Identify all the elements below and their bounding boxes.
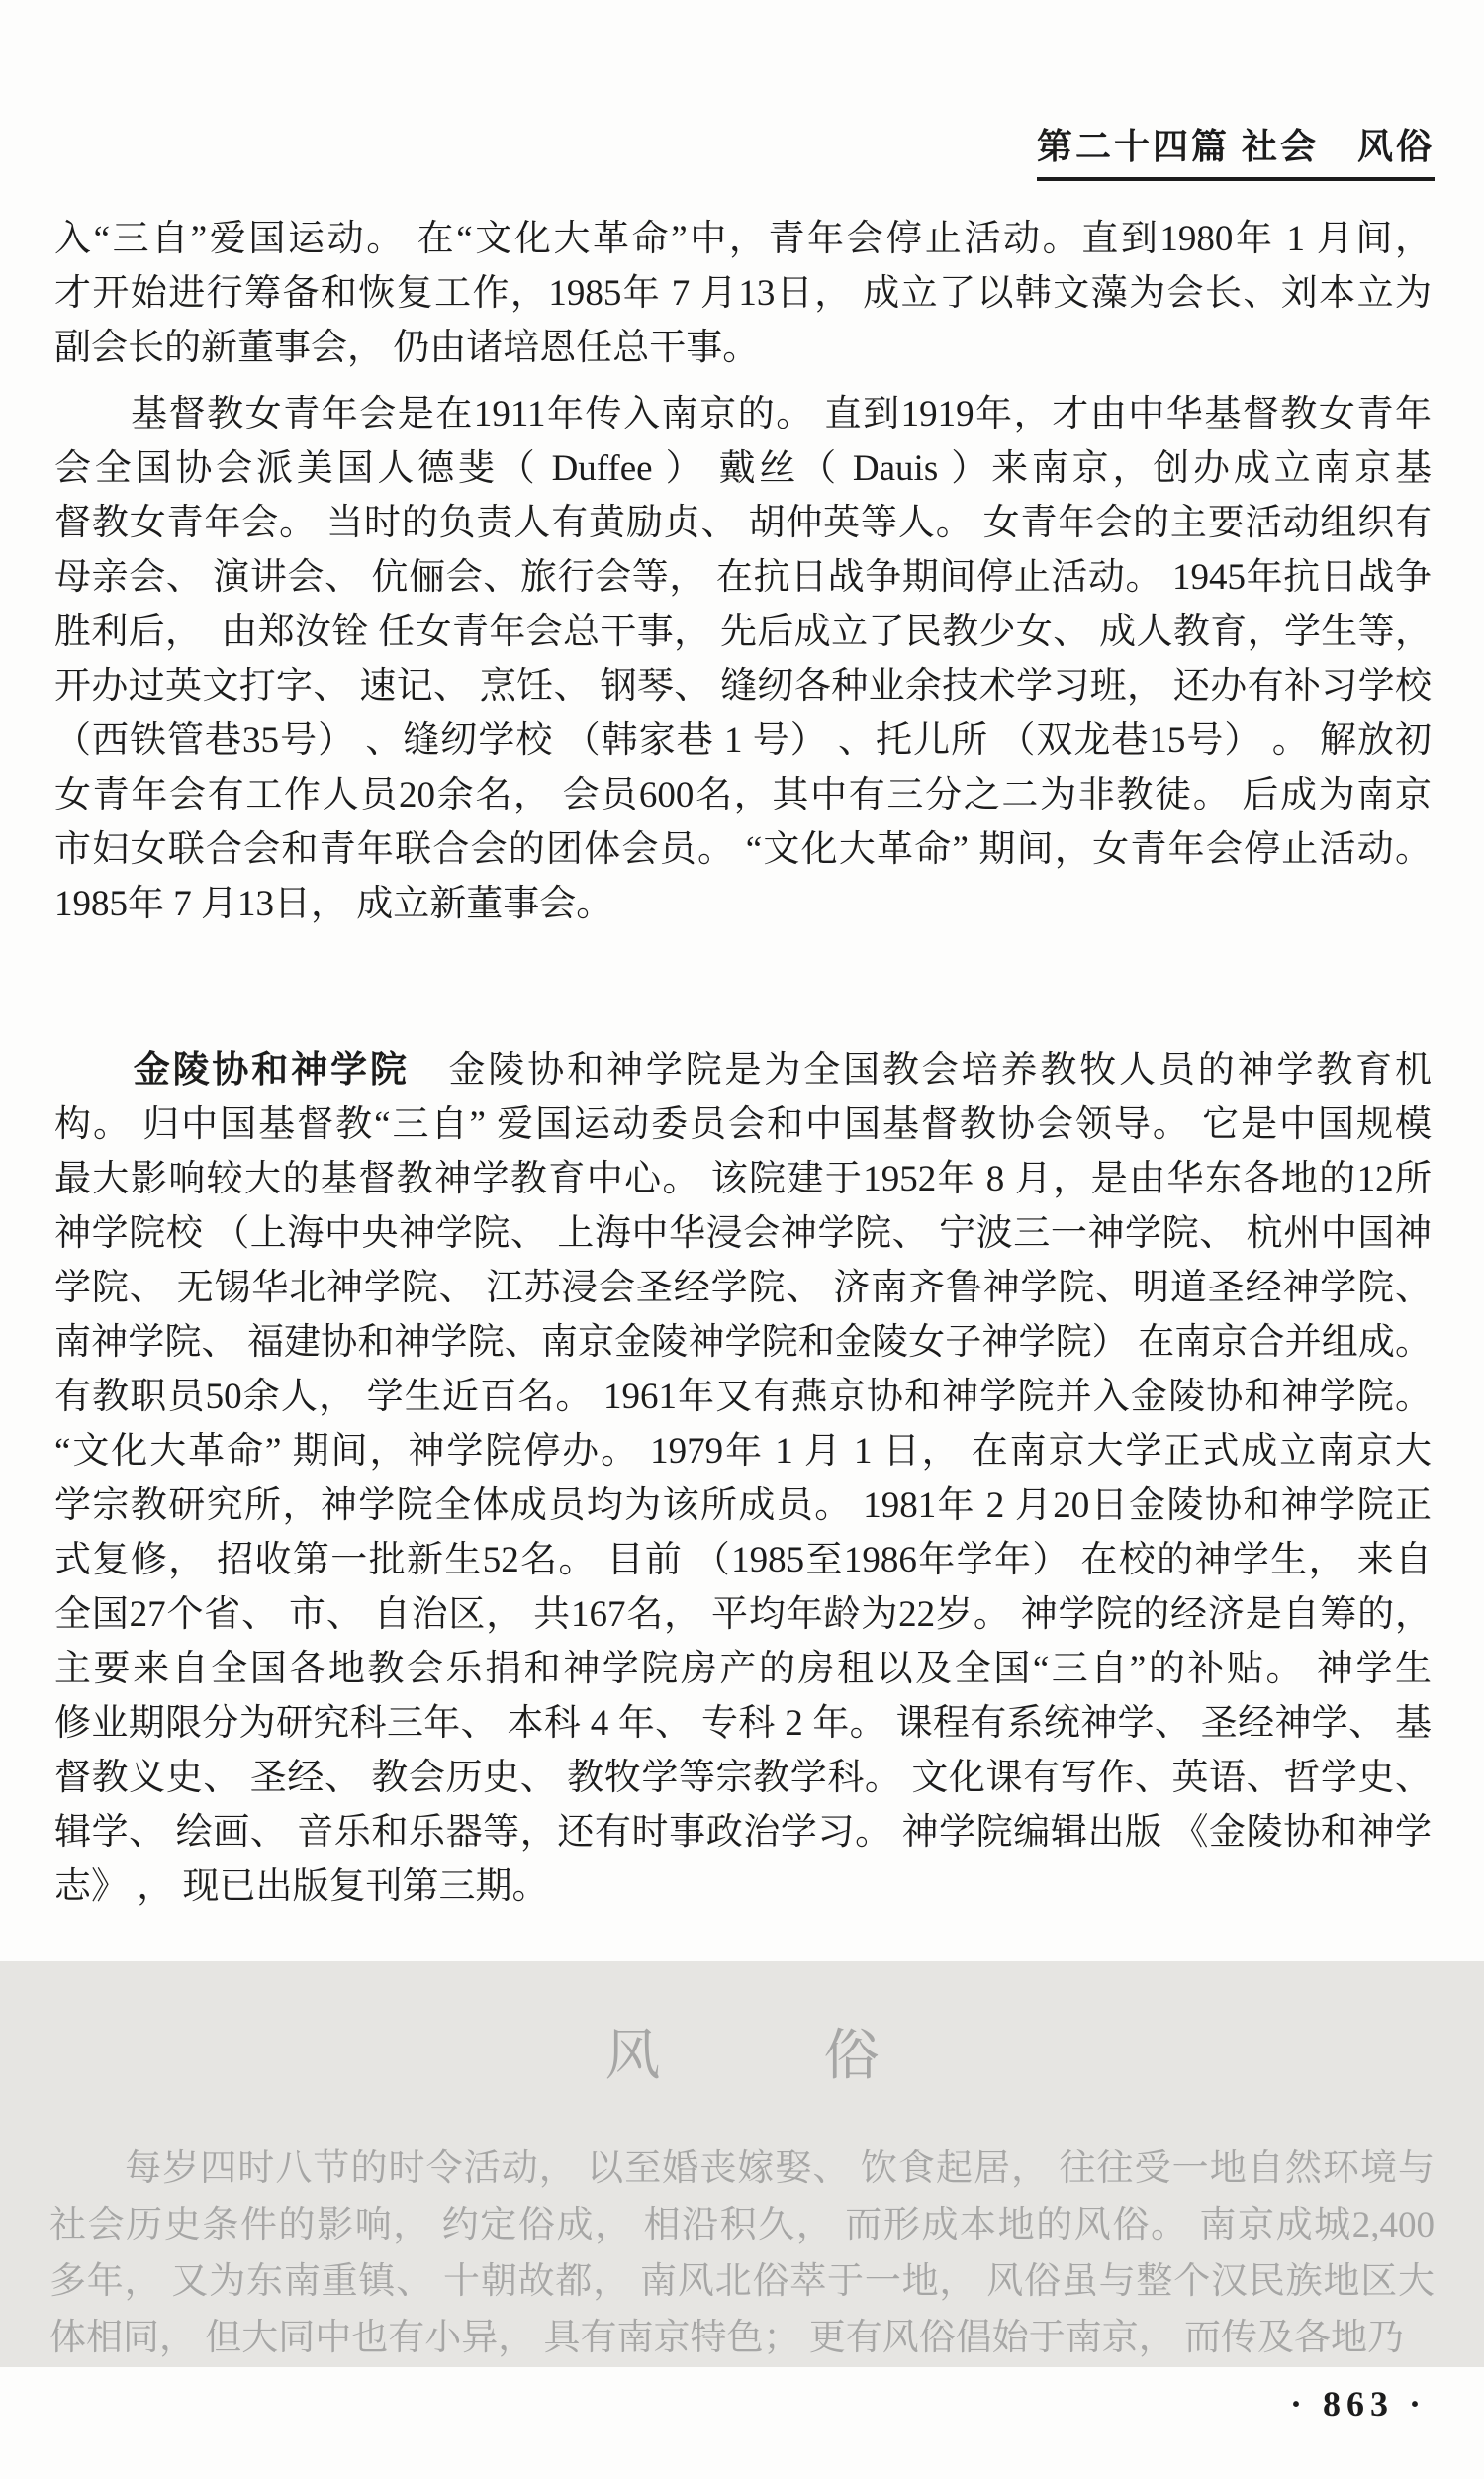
text-line: 体相同， 但大同中也有小异， 具有南京特色； 更有风俗倡始于南京， 而传及各地乃 [49, 2310, 1435, 2366]
text-line: 会全国协会派美国人德斐（ Duffee ） 戴丝（ Dauis ）来南京，创办成… [54, 441, 1432, 496]
customs-intro-paragraph: 每岁四时八节的时令活动， 以至婚丧嫁娶、 饮食起居， 往往受一地自然环境与社会历… [49, 2141, 1435, 2366]
text-line: 多年， 又为东南重镇、 十朝故都， 南风北俗萃于一地， 风俗虽与整个汉民族地区大 [49, 2253, 1435, 2310]
text-line: 修业期限分为研究科三年、 本科 4 年、 专科 2 年。 课程有系统神学、 圣经… [54, 1696, 1432, 1751]
text-line: 母亲会、 演讲会、 伉俪会、旅行会等， 在抗日战争期间停止活动。 1945年抗日… [54, 550, 1432, 605]
chapter-header: 第二十四篇 社会 风俗 [1037, 119, 1435, 181]
text-line: 南神学院、 福建协和神学院、南京金陵神学院和金陵女子神学院） 在南京合并组成。 [54, 1315, 1432, 1370]
text-line: 神学院校 （上海中央神学院、 上海中华浸会神学院、 宁波三一神学院、 杭州中国神 [54, 1206, 1432, 1261]
customs-section-title: 风俗 [0, 2025, 1484, 2088]
text-line: 有教职员50余人， 学生近百名。 1961年又有燕京协和神学院并入金陵协和神学院… [54, 1370, 1432, 1424]
paragraph-ywca: 基督教女青年会是在1911年传入南京的。 直到1919年，才由中华基督教女青年会… [54, 387, 1432, 931]
text-line: （西铁管巷35号） 、缝纫学校 （韩家巷 1 号） 、托儿所 （双龙巷15号） … [54, 714, 1432, 768]
text-line: 式复修， 招收第一批新生52名。 目前 （1985至1986年学年） 在校的神学… [54, 1533, 1432, 1587]
text-line: 社会历史条件的影响， 约定俗成， 相沿积久， 而形成本地的风俗。 南京成城2,4… [49, 2197, 1435, 2253]
text-line: 金陵协和神学院 金陵协和神学院是为全国教会培养教牧人员的神学教育机 [54, 1043, 1432, 1097]
text-line: 志》 ， 现已出版复刊第三期。 [54, 1859, 1432, 1914]
text-line: 每岁四时八节的时令活动， 以至婚丧嫁娶、 饮食起居， 往往受一地自然环境与 [49, 2141, 1435, 2197]
book-page: { "colors":{ "paper":"#fdfdfc", "ink":"#… [0, 0, 1484, 2479]
text-line: 才开始进行筹备和恢复工作，1985年 7 月13日， 成立了以韩文藻为会长、刘本… [54, 266, 1432, 321]
text-line: 开办过英文打字、 速记、 烹饪、 钢琴、 缝纫各种业余技术学习班， 还办有补习学… [54, 659, 1432, 714]
text-line: 女青年会有工作人员20余名， 会员600名，其中有三分之二为非教徒。 后成为南京 [54, 768, 1432, 822]
text-line: 1985年 7 月13日， 成立新董事会。 [54, 877, 1432, 931]
text-line: 辑学、 绘画、 音乐和乐器等，还有时事政治学习。 神学院编辑出版 《金陵协和神学 [54, 1805, 1432, 1859]
text-line: 最大影响较大的基督教神学教育中心。 该院建于1952年 8 月，是由华东各地的1… [54, 1152, 1432, 1206]
text-line: 入“三自”爱国运动。 在“文化大革命”中，青年会停止活动。直到1980年 1 月… [54, 212, 1432, 266]
text-line: 督教义史、 圣经、 教会历史、 教牧学等宗教学科。 文化课有写作、英语、哲学史、… [54, 1751, 1432, 1805]
text-line: 学宗教研究所，神学院全体成员均为该所成员。 1981年 2 月20日金陵协和神学… [54, 1478, 1432, 1533]
text-line: 全国27个省、 市、 自治区， 共167名， 平均年龄为22岁。 神学院的经济是… [54, 1587, 1432, 1642]
main-text-column: 入“三自”爱国运动。 在“文化大革命”中，青年会停止活动。直到1980年 1 月… [54, 212, 1432, 1914]
page-number: · 863 · [1290, 2383, 1427, 2425]
text-line: 主要来自全国各地教会乐捐和神学院房产的房租以及全国“三自”的补贴。 神学生 [54, 1642, 1432, 1696]
text-line: 副会长的新董事会， 仍由诸培恩任总干事。 [54, 321, 1432, 375]
text-line: 市妇女联合会和青年联合会的团体会员。 “文化大革命” 期间，女青年会停止活动。 [54, 822, 1432, 877]
paragraph-seminary: 金陵协和神学院 金陵协和神学院是为全国教会培养教牧人员的神学教育机构。 归中国基… [54, 1043, 1432, 1914]
text-line: “文化大革命” 期间，神学院停办。 1979年 1 月 1 日， 在南京大学正式… [54, 1424, 1432, 1478]
text-line: 学院、 无锡华北神学院、 江苏浸会圣经学院、 济南齐鲁神学院、明道圣经神学院、闽 [54, 1261, 1432, 1315]
text-line: 基督教女青年会是在1911年传入南京的。 直到1919年，才由中华基督教女青年 [54, 387, 1432, 441]
customs-section: 风俗 每岁四时八节的时令活动， 以至婚丧嫁娶、 饮食起居， 往往受一地自然环境与… [0, 1961, 1484, 2367]
text-line: 构。 归中国基督教“三自” 爱国运动委员会和中国基督教协会领导。 它是中国规模 [54, 1097, 1432, 1152]
paragraph-ymca-continuation: 入“三自”爱国运动。 在“文化大革命”中，青年会停止活动。直到1980年 1 月… [54, 212, 1432, 375]
text-line: 胜利后， 由郑汝铨 任女青年会总干事， 先后成立了民教少女、 成人教育，学生等， [54, 605, 1432, 659]
text-line: 督教女青年会。 当时的负责人有黄励贞、 胡仲英等人。 女青年会的主要活动组织有 [54, 496, 1432, 550]
